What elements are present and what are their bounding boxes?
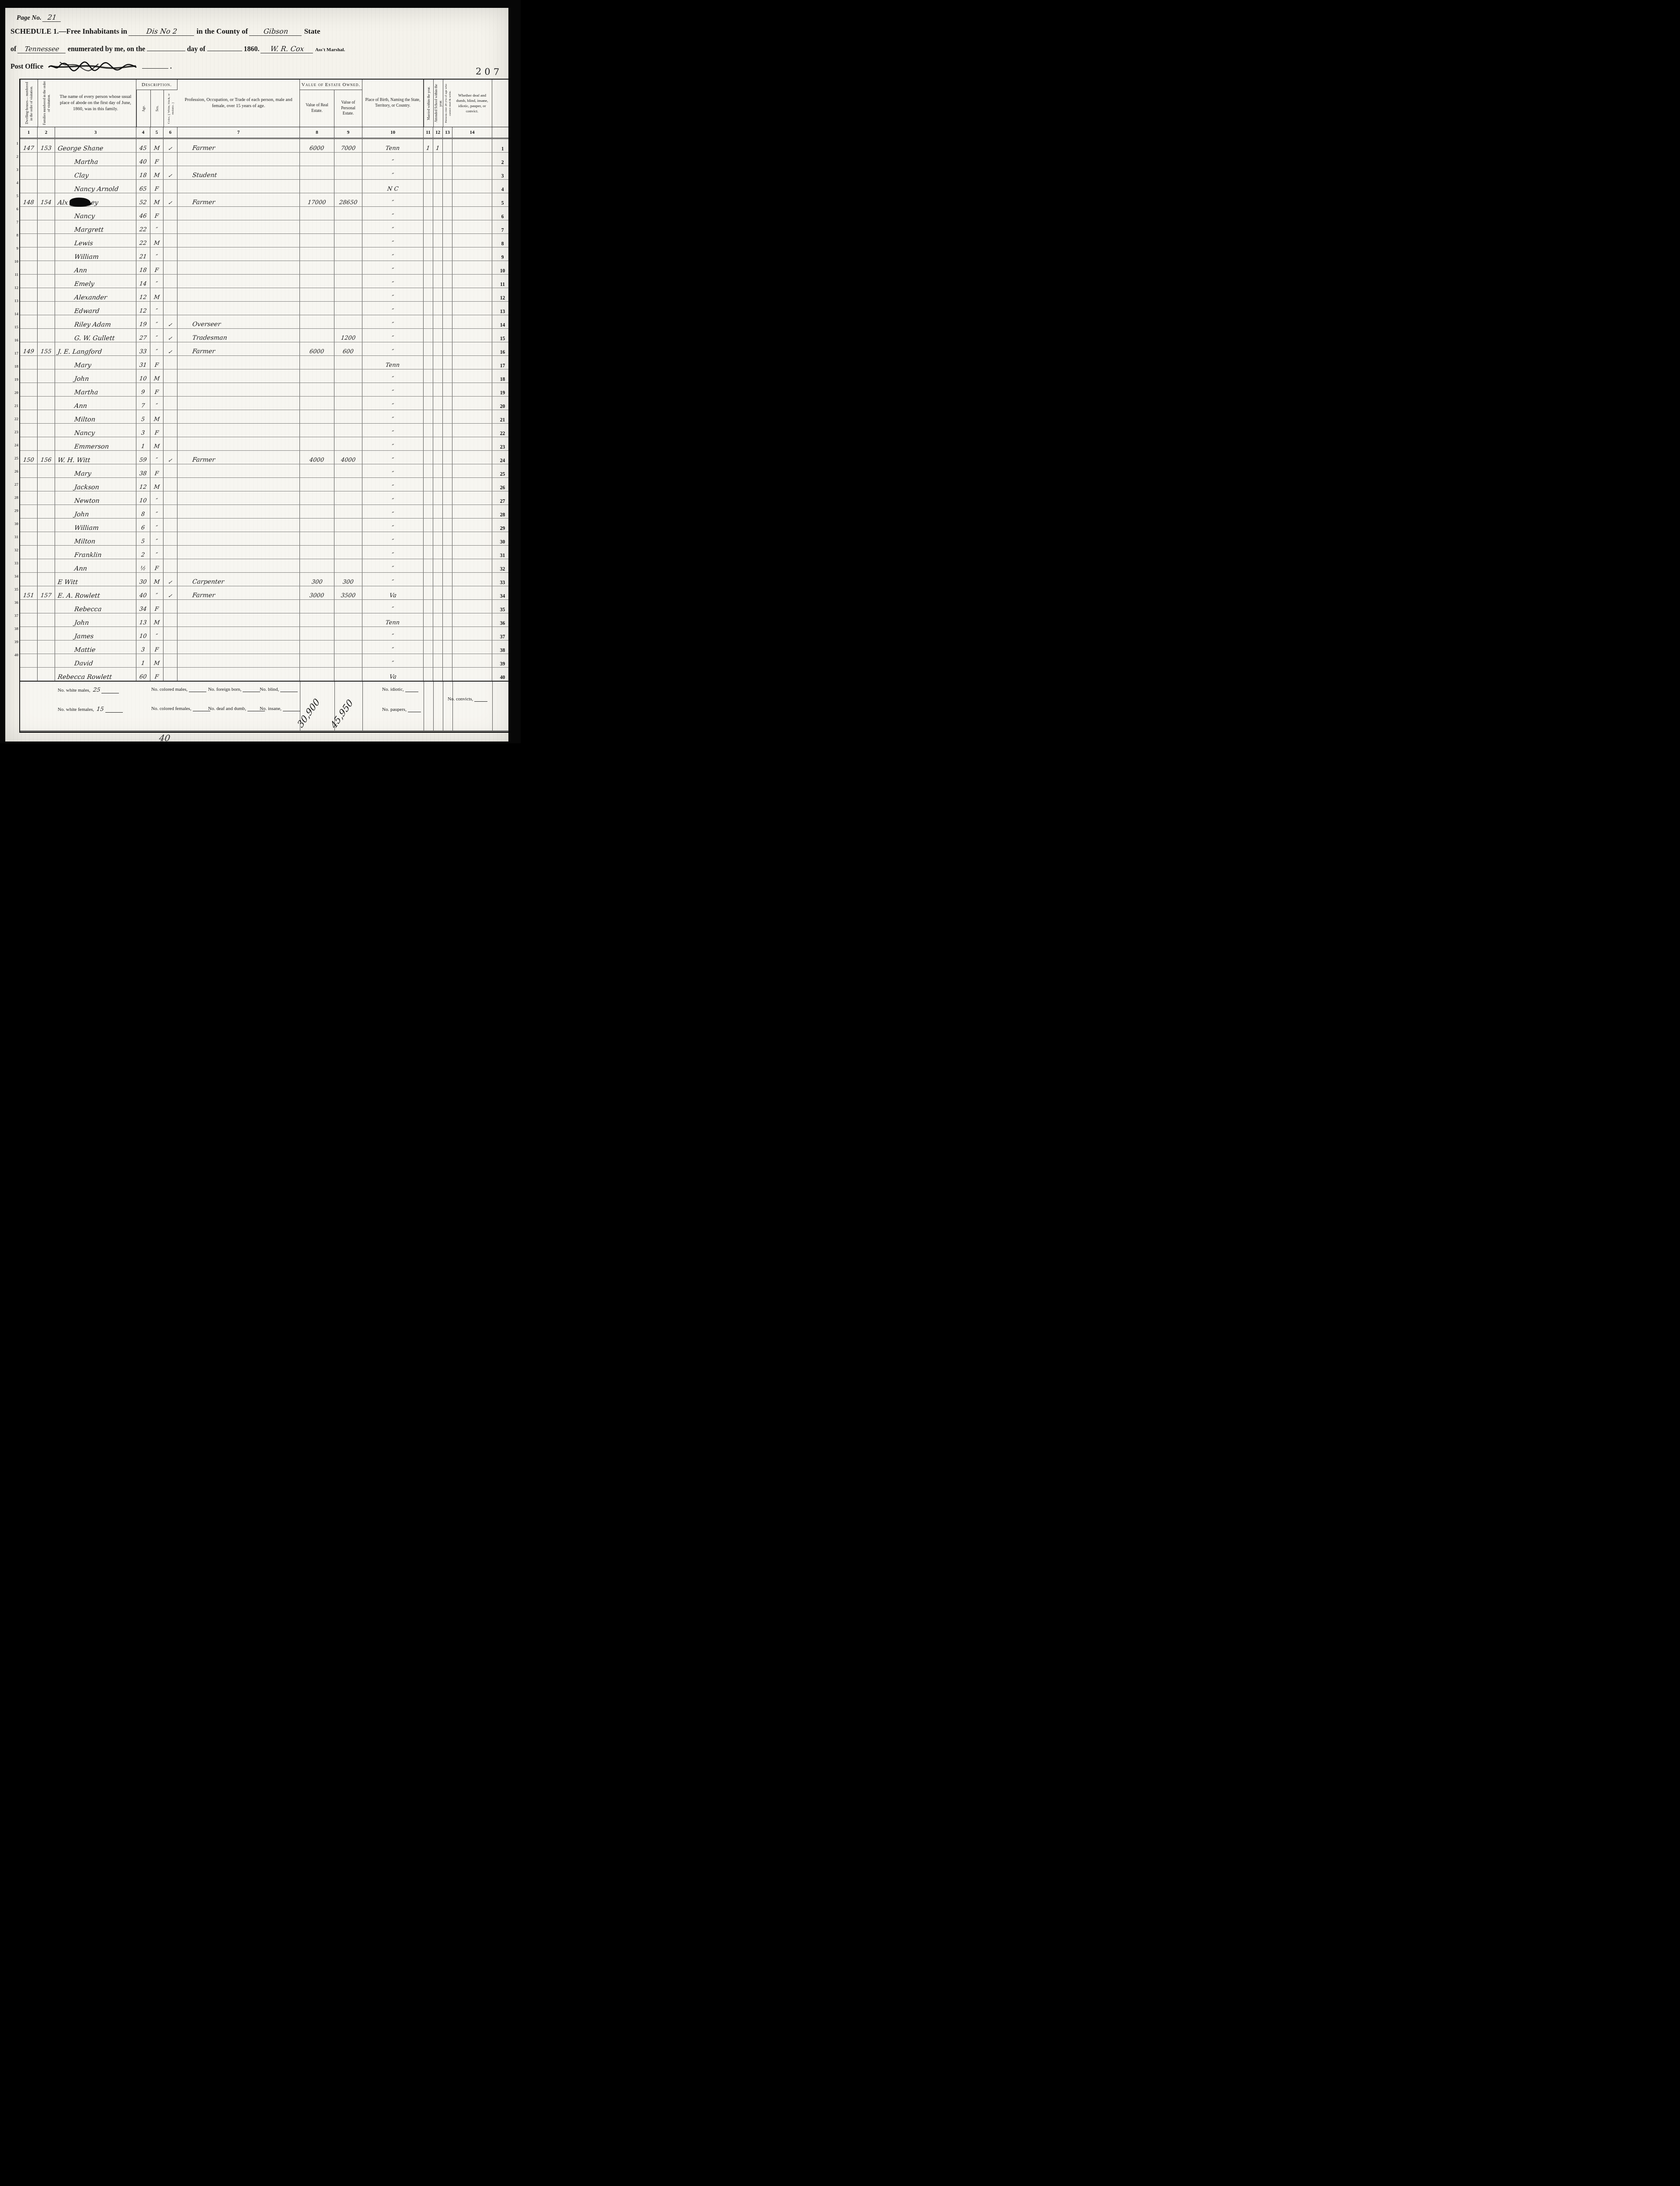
- table-row: Ann7″″20: [20, 397, 508, 410]
- cell-birthplace: ″: [362, 207, 424, 220]
- column-number-row: 1234567891011121314: [20, 127, 508, 139]
- cell-name: Lewis: [55, 234, 136, 247]
- cell-real-estate: 6000: [300, 139, 334, 152]
- cell-occupation: [177, 491, 300, 505]
- line-number-left: 23: [12, 425, 18, 439]
- cell-cannot-read: [443, 613, 452, 627]
- cell-occupation: [177, 247, 300, 261]
- cell-personal-estate: [334, 275, 362, 288]
- line-number-left: 20: [12, 386, 18, 399]
- cell-name: Ann: [55, 261, 136, 274]
- cell-married: [424, 397, 433, 410]
- cell-cannot-read: [443, 153, 452, 166]
- cell-birthplace: Va: [362, 586, 424, 599]
- post-office-period: .: [170, 63, 172, 70]
- footer-column-rule: [443, 682, 443, 731]
- cell-dwelling: [20, 464, 38, 477]
- cell-age: 3: [136, 640, 150, 654]
- cell-real-estate: [300, 600, 334, 613]
- cell-birthplace: ″: [362, 519, 424, 532]
- cell-personal-estate: 1200: [334, 329, 362, 342]
- cell-remarks: [452, 505, 492, 518]
- line-number-right: 15: [492, 329, 508, 342]
- cell-name: Edward: [55, 302, 136, 315]
- cell-dwelling: [20, 207, 38, 220]
- cell-real-estate: [300, 532, 334, 545]
- cell-cannot-read: [443, 519, 452, 532]
- cell-cannot-read: [443, 654, 452, 667]
- footer-column-rule: [433, 682, 434, 731]
- cell-cannot-read: [443, 559, 452, 572]
- cell-remarks: [452, 180, 492, 193]
- cell-remarks: [452, 369, 492, 383]
- bottom-tally-note: 40: [159, 733, 171, 741]
- cell-married: [424, 613, 433, 627]
- cell-name: Emmerson: [55, 437, 136, 450]
- cell-remarks: [452, 478, 492, 491]
- cell-remarks: [452, 627, 492, 640]
- cell-age: 3: [136, 424, 150, 437]
- footer-item-right-2-label: No. convicts,: [448, 696, 473, 702]
- cell-family: [38, 532, 55, 545]
- cell-name: John: [55, 369, 136, 383]
- person-name: Ann: [74, 403, 87, 410]
- person-name: John: [74, 376, 89, 383]
- cell-married: [424, 437, 433, 450]
- cell-dwelling: [20, 220, 38, 233]
- cell-remarks: [452, 302, 492, 315]
- table-row: Mary38F″25: [20, 464, 508, 478]
- marshal-signature: W. R. Cox: [261, 45, 314, 53]
- table-row: 149155J. E. Langford33″✓Farmer6000600″16: [20, 342, 508, 356]
- cell-cannot-read: [443, 586, 452, 599]
- cell-sex: ″: [150, 505, 163, 518]
- col-head-line-number-blank: [492, 80, 508, 127]
- footer-item-r1-1: No. colored males,: [151, 687, 206, 692]
- line-number-left: 13: [12, 294, 18, 307]
- table-row: Ann½F″32: [20, 559, 508, 573]
- table-row: Ann18F″10: [20, 261, 508, 275]
- post-office-line: Post Office .: [10, 60, 172, 74]
- cell-name: Clay: [55, 166, 136, 179]
- column-number-11: 11: [424, 127, 433, 138]
- page-no-value: 21: [42, 13, 62, 22]
- cell-occupation: [177, 640, 300, 654]
- line-number-right: 28: [492, 505, 508, 518]
- cell-dwelling: 147: [20, 139, 38, 152]
- cell-sex: ″: [150, 519, 163, 532]
- line-number-left: 19: [12, 373, 18, 386]
- line-number-right: 5: [492, 193, 508, 206]
- cell-real-estate: [300, 288, 334, 301]
- cell-occupation: [177, 600, 300, 613]
- cell-married: [424, 505, 433, 518]
- cell-age: 1: [136, 437, 150, 450]
- line-number-left: 7: [12, 216, 18, 229]
- cell-color: [163, 464, 177, 477]
- cell-occupation: [177, 519, 300, 532]
- census-table: Dwelling-houses— numbered in the order o…: [19, 79, 508, 733]
- line-number-right: 8: [492, 234, 508, 247]
- cell-sex: ″: [150, 329, 163, 342]
- person-name: William: [74, 254, 99, 261]
- cell-age: 14: [136, 275, 150, 288]
- cell-sex: M: [150, 288, 163, 301]
- footer-item-r2-0-blank-line: [105, 708, 123, 713]
- footer-item-r2-0-value: 15: [96, 706, 104, 713]
- cell-dwelling: [20, 397, 38, 410]
- cell-real-estate: [300, 369, 334, 383]
- cell-school: [433, 342, 443, 355]
- cell-remarks: [452, 573, 492, 586]
- cell-real-estate: [300, 437, 334, 450]
- cell-family: [38, 464, 55, 477]
- cell-personal-estate: [334, 166, 362, 179]
- cell-remarks: [452, 193, 492, 206]
- person-name: John: [74, 620, 89, 627]
- cell-real-estate: [300, 424, 334, 437]
- cell-married: [424, 275, 433, 288]
- cell-age: 40: [136, 153, 150, 166]
- footer-column-rule: [492, 682, 493, 731]
- person-name: John: [74, 512, 89, 518]
- cell-sex: ″: [150, 302, 163, 315]
- cell-sex: ″: [150, 315, 163, 328]
- cell-real-estate: [300, 166, 334, 179]
- cell-family: [38, 315, 55, 328]
- cell-real-estate: [300, 315, 334, 328]
- cell-school: [433, 668, 443, 681]
- cell-name: Rebecca: [55, 600, 136, 613]
- cell-color: ✓: [163, 573, 177, 586]
- cell-color: [163, 505, 177, 518]
- person-name: Nancy: [74, 430, 95, 437]
- footer-item-r1-0-value: 25: [93, 687, 101, 693]
- line-number-right: 21: [492, 410, 508, 423]
- cell-personal-estate: [334, 491, 362, 505]
- cell-occupation: [177, 654, 300, 667]
- cell-occupation: [177, 464, 300, 477]
- cell-occupation: [177, 180, 300, 193]
- cell-family: [38, 600, 55, 613]
- cell-school: [433, 532, 443, 545]
- cell-school: [433, 234, 443, 247]
- cell-cannot-read: [443, 573, 452, 586]
- year-value: 1860.: [243, 45, 259, 53]
- cell-cannot-read: [443, 600, 452, 613]
- cell-family: [38, 410, 55, 423]
- line-number-right: 19: [492, 383, 508, 396]
- cell-name: J. E. Langford: [55, 342, 136, 355]
- cell-married: [424, 573, 433, 586]
- cell-real-estate: [300, 668, 334, 681]
- cell-sex: F: [150, 559, 163, 572]
- cell-personal-estate: [334, 153, 362, 166]
- cell-real-estate: [300, 627, 334, 640]
- cell-personal-estate: [334, 397, 362, 410]
- cell-cannot-read: [443, 491, 452, 505]
- cell-birthplace: ″: [362, 369, 424, 383]
- cell-age: 65: [136, 180, 150, 193]
- cell-family: 154: [38, 193, 55, 206]
- day-of-label: day of: [187, 45, 205, 53]
- cell-remarks: [452, 532, 492, 545]
- cell-remarks: [452, 397, 492, 410]
- cell-school: [433, 166, 443, 179]
- person-name: G. W. Gullett: [74, 335, 115, 342]
- cell-dwelling: [20, 329, 38, 342]
- cell-family: 156: [38, 451, 55, 464]
- table-row: Alexander12M″12: [20, 288, 508, 302]
- column-number-blank: [492, 127, 508, 138]
- cell-real-estate: [300, 505, 334, 518]
- cell-birthplace: Tenn: [362, 613, 424, 627]
- person-name: Edward: [74, 308, 100, 315]
- person-name: E Witt: [57, 579, 78, 586]
- cell-sex: M: [150, 193, 163, 206]
- cell-cannot-read: [443, 478, 452, 491]
- cell-school: 1: [433, 139, 443, 152]
- cell-sex: ″: [150, 546, 163, 559]
- cell-birthplace: ″: [362, 559, 424, 572]
- cell-sex: ″: [150, 491, 163, 505]
- cell-name: Emely: [55, 275, 136, 288]
- footer-column-rule: [452, 682, 453, 731]
- cell-sex: M: [150, 573, 163, 586]
- cell-sex: M: [150, 410, 163, 423]
- cell-family: [38, 546, 55, 559]
- line-number-right: 18: [492, 369, 508, 383]
- cell-married: [424, 166, 433, 179]
- column-number-6: 6: [163, 127, 177, 138]
- line-number-left: 10: [12, 255, 18, 268]
- scanned-page: Page No. 21 207 SCHEDULE 1.—Free Inhabit…: [0, 0, 521, 743]
- cell-sex: M: [150, 613, 163, 627]
- footer-item-r1-0-label: No. white males,: [58, 688, 90, 693]
- person-name: Mary: [74, 362, 91, 369]
- cell-occupation: Student: [177, 166, 300, 179]
- cell-dwelling: [20, 234, 38, 247]
- cell-dwelling: [20, 478, 38, 491]
- footer-item-r1-3-blank-line: [280, 687, 298, 692]
- cell-family: [38, 356, 55, 369]
- cell-cannot-read: [443, 180, 452, 193]
- cell-remarks: [452, 247, 492, 261]
- cell-cannot-read: [443, 247, 452, 261]
- cell-birthplace: Tenn: [362, 356, 424, 369]
- cell-family: [38, 247, 55, 261]
- cell-school: [433, 437, 443, 450]
- line-number-right: 29: [492, 519, 508, 532]
- line-number-right: 20: [492, 397, 508, 410]
- person-name: George Shane: [57, 146, 104, 152]
- cell-color: ✓: [163, 139, 177, 152]
- cell-name: Margrett: [55, 220, 136, 233]
- line-number-left: 30: [12, 517, 18, 530]
- cell-personal-estate: [334, 668, 362, 681]
- cell-dwelling: 149: [20, 342, 38, 355]
- cell-occupation: [177, 234, 300, 247]
- line-number-left: 28: [12, 491, 18, 504]
- table-row: Lewis22M″8: [20, 234, 508, 247]
- cell-birthplace: ″: [362, 505, 424, 518]
- cell-name: Alexander: [55, 288, 136, 301]
- cell-birthplace: Tenn: [362, 139, 424, 152]
- cell-personal-estate: [334, 234, 362, 247]
- cell-name: Franklin: [55, 546, 136, 559]
- cell-cannot-read: [443, 532, 452, 545]
- footer-item-r1-2: No. foreign born,: [208, 687, 260, 692]
- table-row: G. W. Gullett27″✓Tradesman1200″15: [20, 329, 508, 342]
- table-row: Mattie3F″38: [20, 640, 508, 654]
- cell-sex: ″: [150, 220, 163, 233]
- cell-remarks: [452, 342, 492, 355]
- line-number-right: 36: [492, 613, 508, 627]
- cell-age: 2: [136, 546, 150, 559]
- person-name: David: [74, 661, 93, 667]
- cell-cannot-read: [443, 234, 452, 247]
- line-number-left: 31: [12, 530, 18, 543]
- cell-sex: F: [150, 261, 163, 274]
- table-row: Emmerson1M″23: [20, 437, 508, 451]
- person-name: Margrett: [74, 227, 104, 233]
- person-name: Alx: [57, 200, 68, 206]
- cell-birthplace: ″: [362, 261, 424, 274]
- cell-school: [433, 288, 443, 301]
- cell-cannot-read: [443, 193, 452, 206]
- col-head-dwelling: Dwelling-houses— numbered in the order o…: [20, 80, 38, 127]
- cell-school: [433, 613, 443, 627]
- cell-dwelling: 151: [20, 586, 38, 599]
- cell-age: 46: [136, 207, 150, 220]
- form-header: Page No. 21 207 SCHEDULE 1.—Free Inhabit…: [10, 12, 508, 79]
- cell-sex: F: [150, 600, 163, 613]
- cell-family: [38, 668, 55, 681]
- cell-dwelling: [20, 437, 38, 450]
- person-name: Martha: [74, 159, 98, 166]
- cell-family: [38, 505, 55, 518]
- cell-age: 45: [136, 139, 150, 152]
- cell-family: [38, 153, 55, 166]
- cell-occupation: [177, 302, 300, 315]
- cell-birthplace: ″: [362, 491, 424, 505]
- table-row: 148154Alxey52M✓Farmer1700028650″5: [20, 193, 508, 207]
- cell-occupation: [177, 383, 300, 396]
- person-name: Milton: [74, 417, 96, 423]
- line-number-left: 34: [12, 570, 18, 583]
- column-number-14: 14: [452, 127, 492, 138]
- cell-family: [38, 397, 55, 410]
- cell-name: James: [55, 627, 136, 640]
- cell-birthplace: ″: [362, 247, 424, 261]
- cell-real-estate: [300, 546, 334, 559]
- cell-personal-estate: [334, 654, 362, 667]
- cell-real-estate: [300, 207, 334, 220]
- cell-remarks: [452, 220, 492, 233]
- line-number-right: 10: [492, 261, 508, 274]
- cell-sex: ″: [150, 275, 163, 288]
- col-head-school: Attended School within the year.: [433, 80, 443, 127]
- footer-item-r1-3: No. blind,: [260, 687, 298, 692]
- cell-name: William: [55, 519, 136, 532]
- person-name: W. H. Witt: [57, 457, 90, 464]
- cell-dwelling: [20, 640, 38, 654]
- cell-occupation: [177, 559, 300, 572]
- cell-name: Nancy Arnold: [55, 180, 136, 193]
- cell-family: [38, 478, 55, 491]
- cell-sex: F: [150, 180, 163, 193]
- cell-name: William: [55, 247, 136, 261]
- cell-cannot-read: [443, 139, 452, 152]
- cell-dwelling: [20, 532, 38, 545]
- col-head-occupation: Profession, Occupation, or Trade of each…: [177, 80, 300, 127]
- cell-dwelling: [20, 505, 38, 518]
- line-number-right: 25: [492, 464, 508, 477]
- column-number-8: 8: [300, 127, 334, 138]
- cell-name: Milton: [55, 532, 136, 545]
- footer-item-r2-1-label: No. colored females,: [151, 706, 191, 711]
- line-number-left: 14: [12, 307, 18, 320]
- cell-real-estate: [300, 220, 334, 233]
- cell-dwelling: [20, 315, 38, 328]
- cell-personal-estate: 600: [334, 342, 362, 355]
- cell-occupation: [177, 220, 300, 233]
- cell-real-estate: [300, 329, 334, 342]
- cell-married: [424, 627, 433, 640]
- cell-cannot-read: [443, 315, 452, 328]
- cell-real-estate: [300, 234, 334, 247]
- cell-color: [163, 180, 177, 193]
- cell-cannot-read: [443, 437, 452, 450]
- cell-cannot-read: [443, 220, 452, 233]
- cell-remarks: [452, 261, 492, 274]
- cell-personal-estate: 7000: [334, 139, 362, 152]
- cell-married: [424, 559, 433, 572]
- person-name: Nancy Arnold: [74, 186, 119, 193]
- enumeration-line: of Tennessee enumerated by me, on the da…: [10, 45, 345, 53]
- cell-school: [433, 193, 443, 206]
- county-label: in the County of: [197, 27, 248, 35]
- footer-item-r1-3-label: No. blind,: [260, 687, 279, 692]
- cell-remarks: [452, 234, 492, 247]
- cell-married: [424, 193, 433, 206]
- table-row: John13MTenn36: [20, 613, 508, 627]
- cell-real-estate: [300, 613, 334, 627]
- cell-birthplace: ″: [362, 275, 424, 288]
- person-name: J. E. Langford: [57, 349, 102, 355]
- cell-dwelling: [20, 369, 38, 383]
- cell-personal-estate: [334, 247, 362, 261]
- cell-personal-estate: [334, 532, 362, 545]
- cell-color: [163, 424, 177, 437]
- line-number-left: 18: [12, 360, 18, 373]
- cell-occupation: [177, 424, 300, 437]
- cell-remarks: [452, 315, 492, 328]
- person-name: Alexander: [74, 295, 107, 301]
- census-form-paper: Page No. 21 207 SCHEDULE 1.—Free Inhabit…: [5, 8, 508, 741]
- cell-age: 27: [136, 329, 150, 342]
- cell-age: 18: [136, 261, 150, 274]
- cell-color: ✓: [163, 166, 177, 179]
- cell-family: [38, 654, 55, 667]
- cell-age: 12: [136, 288, 150, 301]
- cell-occupation: [177, 478, 300, 491]
- cell-remarks: [452, 600, 492, 613]
- cell-name: Mary: [55, 464, 136, 477]
- cell-age: 6: [136, 519, 150, 532]
- cell-personal-estate: [334, 424, 362, 437]
- cell-dwelling: [20, 546, 38, 559]
